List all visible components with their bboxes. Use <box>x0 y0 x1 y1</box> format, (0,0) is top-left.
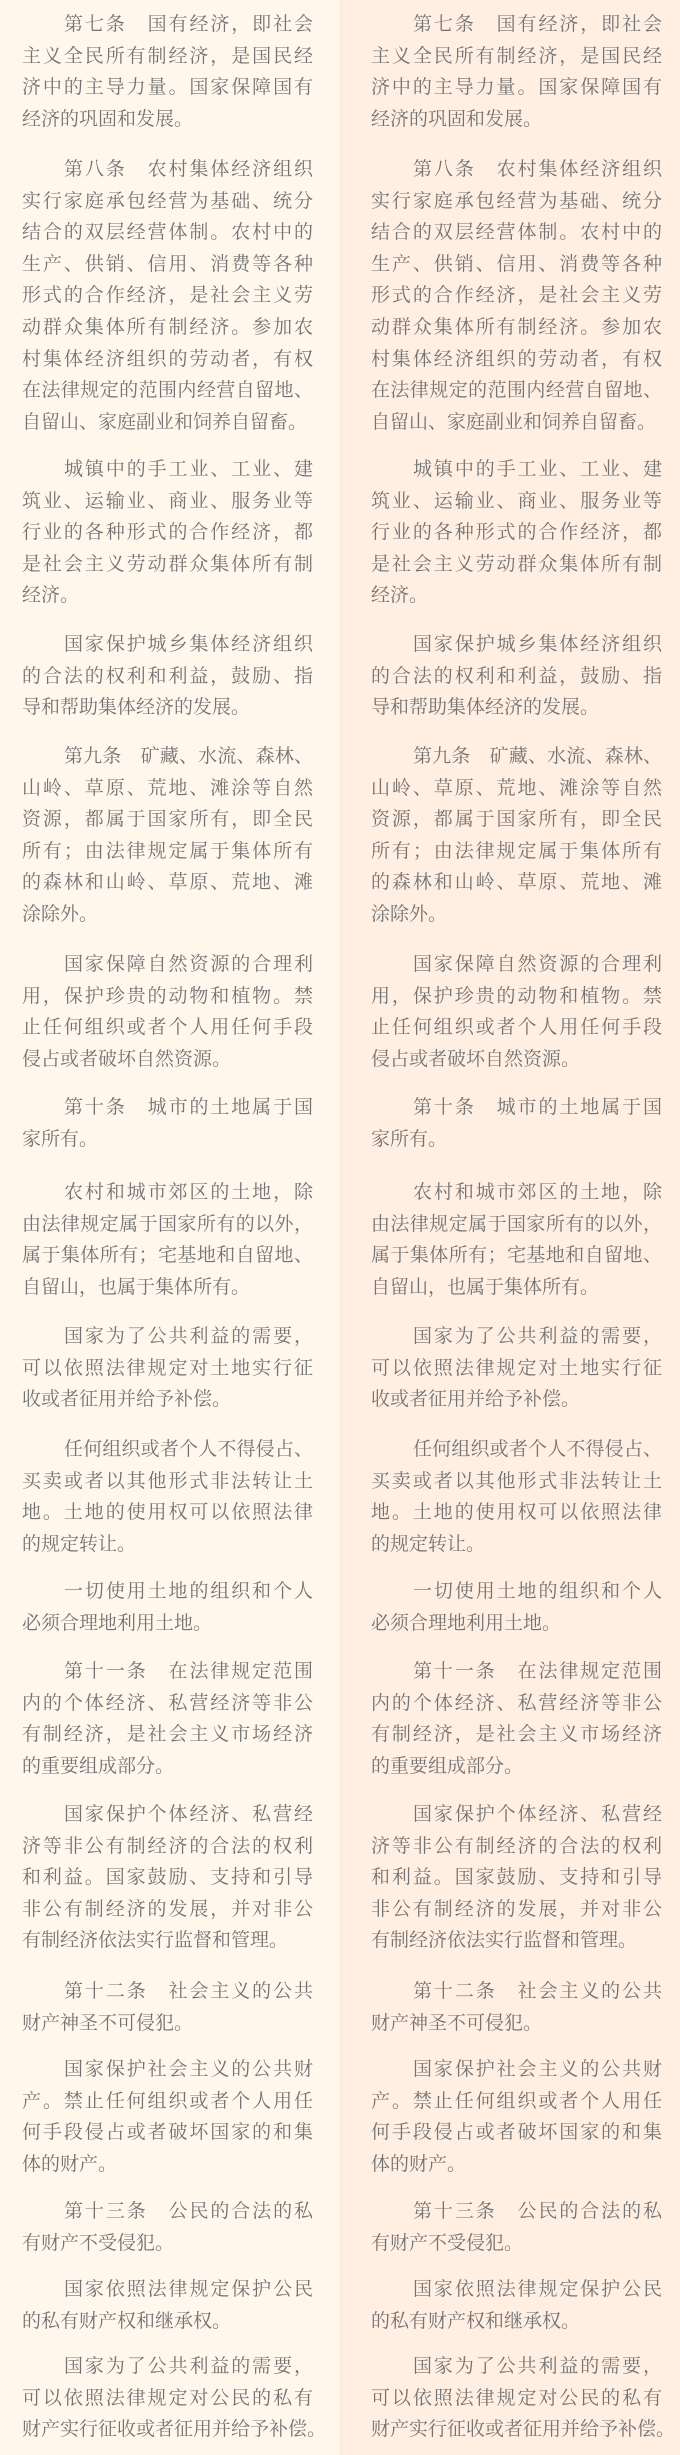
text-line: 第七条 国有经济，即社会 <box>22 9 313 41</box>
article-paragraph: 国家依照法律规定保护公民的私有财产权和继承权。 <box>22 2274 313 2337</box>
text-line: 非公有制经济的发展，并对非公 <box>371 1894 662 1926</box>
text-line: 第十二条 社会主义的公共 <box>371 1976 662 2008</box>
text-line: 济等非公有制经济的合法的权利 <box>22 1831 313 1863</box>
text-line: 村集体经济组织的劳动者，有权 <box>22 344 313 376</box>
text-line: 资源，都属于国家所有，即全民 <box>22 804 313 836</box>
article-paragraph: 国家保护个体经济、私营经济等非公有制经济的合法的权利和利益。国家鼓励、支持和引导… <box>371 1799 662 1957</box>
text-line: 动群众集体所有制经济。参加农 <box>371 312 662 344</box>
text-line: 经济的巩固和发展。 <box>371 104 662 136</box>
text-line: 内的个体经济、私营经济等非公 <box>22 1688 313 1720</box>
text-line: 涂除外。 <box>371 899 662 931</box>
article-paragraph: 第十一条 在法律规定范围内的个体经济、私营经济等非公有制经济，是社会主义市场经济… <box>22 1656 313 1782</box>
text-line: 行业的各种形式的合作经济，都 <box>371 517 662 549</box>
text-line: 涂除外。 <box>22 899 313 931</box>
text-line: 第十三条 公民的合法的私 <box>22 2196 313 2228</box>
text-line: 地。土地的使用权可以依照法律 <box>22 1497 313 1529</box>
article-paragraph: 第十二条 社会主义的公共财产神圣不可侵犯。 <box>22 1976 313 2039</box>
text-line: 有财产不受侵犯。 <box>22 2228 313 2260</box>
text-line: 第九条 矿藏、水流、森林、 <box>371 741 662 773</box>
text-line: 是社会主义劳动群众集体所有制 <box>22 549 313 581</box>
text-line: 可以依照法律规定对土地实行征 <box>371 1353 662 1385</box>
text-line: 济中的主导力量。国家保障国有 <box>371 72 662 104</box>
text-line: 由法律规定属于国家所有的以外， <box>22 1209 313 1241</box>
text-line: 第十一条 在法律规定范围 <box>371 1656 662 1688</box>
text-line: 国家为了公共利益的需要， <box>22 1321 313 1353</box>
text-line: 一切使用土地的组织和个人 <box>22 1576 313 1608</box>
text-line: 必须合理地利用土地。 <box>22 1608 313 1640</box>
article-paragraph: 国家保护社会主义的公共财产。禁止任何组织或者个人用任何手段侵占或者破坏国家的和集… <box>371 2054 662 2180</box>
text-line: 生产、供销、信用、消费等各种 <box>22 249 313 281</box>
text-line: 国家保护城乡集体经济组织 <box>22 629 313 661</box>
text-line: 可以依照法律规定对土地实行征 <box>22 1353 313 1385</box>
text-line: 的森林和山岭、草原、荒地、滩 <box>22 867 313 899</box>
text-line: 形式的合作经济，是社会主义劳 <box>22 280 313 312</box>
text-line: 地。土地的使用权可以依照法律 <box>371 1497 662 1529</box>
right-text-column: 第七条 国有经济，即社会主义全民所有制经济，是国民经济中的主导力量。国家保障国有… <box>340 0 680 2455</box>
text-line: 由法律规定属于国家所有的以外， <box>371 1209 662 1241</box>
article-paragraph: 国家保护城乡集体经济组织的合法的权利和利益，鼓励、指导和帮助集体经济的发展。 <box>371 629 662 724</box>
text-line: 实行家庭承包经营为基础、统分 <box>22 186 313 218</box>
text-line: 形式的合作经济，是社会主义劳 <box>371 280 662 312</box>
text-line: 的重要组成部分。 <box>371 1751 662 1783</box>
article-paragraph: 国家为了公共利益的需要，可以依照法律规定对公民的私有财产实行征收或者征用并给予补… <box>371 2351 662 2446</box>
text-line: 经济。 <box>22 580 313 612</box>
text-line: 国家保护城乡集体经济组织 <box>371 629 662 661</box>
text-line: 济中的主导力量。国家保障国有 <box>22 72 313 104</box>
article-paragraph: 第十二条 社会主义的公共财产神圣不可侵犯。 <box>371 1976 662 2039</box>
article-paragraph: 第九条 矿藏、水流、森林、山岭、草原、荒地、滩涂等自然资源，都属于国家所有，即全… <box>22 741 313 931</box>
text-line: 止任何组织或者个人用任何手段 <box>371 1012 662 1044</box>
article-paragraph: 第七条 国有经济，即社会主义全民所有制经济，是国民经济中的主导力量。国家保障国有… <box>22 9 313 135</box>
text-line: 体的财产。 <box>22 2149 313 2181</box>
text-line: 止任何组织或者个人用任何手段 <box>22 1012 313 1044</box>
text-line: 主义全民所有制经济，是国民经 <box>371 41 662 73</box>
text-line: 的森林和山岭、草原、荒地、滩 <box>371 867 662 899</box>
text-line: 第十条 城市的土地属于国 <box>22 1092 313 1124</box>
text-line: 国家为了公共利益的需要， <box>371 2351 662 2383</box>
text-line: 产。禁止任何组织或者个人用任 <box>22 2086 313 2118</box>
text-line: 国家依照法律规定保护公民 <box>371 2274 662 2306</box>
text-line: 第八条 农村集体经济组织 <box>371 154 662 186</box>
text-line: 的私有财产权和继承权。 <box>371 2306 662 2338</box>
article-paragraph: 第十三条 公民的合法的私有财产不受侵犯。 <box>22 2196 313 2259</box>
text-line: 任何组织或者个人不得侵占、 <box>22 1434 313 1466</box>
text-line: 侵占或者破坏自然资源。 <box>371 1044 662 1076</box>
text-line: 和利益。国家鼓励、支持和引导 <box>371 1862 662 1894</box>
left-text-column: 第七条 国有经济，即社会主义全民所有制经济，是国民经济中的主导力量。国家保障国有… <box>0 0 340 2455</box>
text-line: 国家保护个体经济、私营经 <box>22 1799 313 1831</box>
text-line: 的合法的权利和利益，鼓励、指 <box>22 661 313 693</box>
article-paragraph: 国家保护社会主义的公共财产。禁止任何组织或者个人用任何手段侵占或者破坏国家的和集… <box>22 2054 313 2180</box>
article-paragraph: 第八条 农村集体经济组织实行家庭承包经营为基础、统分结合的双层经营体制。农村中的… <box>22 154 313 438</box>
text-line: 村集体经济组织的劳动者，有权 <box>371 344 662 376</box>
article-paragraph: 一切使用土地的组织和个人必须合理地利用土地。 <box>22 1576 313 1639</box>
text-line: 自留山、家庭副业和饲养自留畜。 <box>371 407 662 439</box>
article-paragraph: 国家保障自然资源的合理利用，保护珍贵的动物和植物。禁止任何组织或者个人用任何手段… <box>371 949 662 1075</box>
text-line: 有制经济，是社会主义市场经济 <box>371 1719 662 1751</box>
text-line: 城镇中的手工业、工业、建 <box>371 454 662 486</box>
article-paragraph: 任何组织或者个人不得侵占、买卖或者以其他形式非法转让土地。土地的使用权可以依照法… <box>22 1434 313 1560</box>
text-line: 筑业、运输业、商业、服务业等 <box>371 486 662 518</box>
text-line: 属于集体所有；宅基地和自留地、 <box>22 1240 313 1272</box>
text-line: 家所有。 <box>22 1124 313 1156</box>
text-line: 财产神圣不可侵犯。 <box>371 2008 662 2040</box>
text-line: 在法律规定的范围内经营自留地、 <box>22 375 313 407</box>
text-line: 买卖或者以其他形式非法转让土 <box>371 1466 662 1498</box>
text-line: 经济。 <box>371 580 662 612</box>
article-paragraph: 农村和城市郊区的土地，除由法律规定属于国家所有的以外，属于集体所有；宅基地和自留… <box>22 1177 313 1303</box>
article-paragraph: 国家为了公共利益的需要，可以依照法律规定对土地实行征收或者征用并给予补偿。 <box>371 1321 662 1416</box>
text-line: 国家为了公共利益的需要， <box>22 2351 313 2383</box>
text-line: 有制经济依法实行监督和管理。 <box>22 1925 313 1957</box>
text-line: 国家保护社会主义的公共财 <box>371 2054 662 2086</box>
text-line: 所有；由法律规定属于集体所有 <box>22 836 313 868</box>
text-line: 农村和城市郊区的土地，除 <box>22 1177 313 1209</box>
text-line: 第九条 矿藏、水流、森林、 <box>22 741 313 773</box>
text-line: 家所有。 <box>371 1124 662 1156</box>
text-line: 农村和城市郊区的土地，除 <box>371 1177 662 1209</box>
text-line: 导和帮助集体经济的发展。 <box>371 692 662 724</box>
text-line: 收或者征用并给予补偿。 <box>371 1384 662 1416</box>
text-line: 的规定转让。 <box>22 1529 313 1561</box>
text-line: 可以依照法律规定对公民的私有 <box>22 2383 313 2415</box>
text-line: 经济的巩固和发展。 <box>22 104 313 136</box>
text-line: 主义全民所有制经济，是国民经 <box>22 41 313 73</box>
text-line: 第十条 城市的土地属于国 <box>371 1092 662 1124</box>
text-line: 国家保护社会主义的公共财 <box>22 2054 313 2086</box>
text-line: 城镇中的手工业、工业、建 <box>22 454 313 486</box>
article-paragraph: 任何组织或者个人不得侵占、买卖或者以其他形式非法转让土地。土地的使用权可以依照法… <box>371 1434 662 1560</box>
text-line: 和利益。国家鼓励、支持和引导 <box>22 1862 313 1894</box>
text-line: 第十一条 在法律规定范围 <box>22 1656 313 1688</box>
text-line: 结合的双层经营体制。农村中的 <box>371 217 662 249</box>
text-line: 买卖或者以其他形式非法转让土 <box>22 1466 313 1498</box>
text-line: 国家保障自然资源的合理利 <box>22 949 313 981</box>
text-line: 第十三条 公民的合法的私 <box>371 2196 662 2228</box>
text-line: 财产实行征收或者征用并给予补偿。 <box>371 2414 662 2446</box>
text-line: 行业的各种形式的合作经济，都 <box>22 517 313 549</box>
article-paragraph: 国家保护城乡集体经济组织的合法的权利和利益，鼓励、指导和帮助集体经济的发展。 <box>22 629 313 724</box>
text-line: 内的个体经济、私营经济等非公 <box>371 1688 662 1720</box>
text-line: 的重要组成部分。 <box>22 1751 313 1783</box>
text-line: 有财产不受侵犯。 <box>371 2228 662 2260</box>
text-line: 济等非公有制经济的合法的权利 <box>371 1831 662 1863</box>
article-paragraph: 第十条 城市的土地属于国家所有。 <box>22 1092 313 1155</box>
article-paragraph: 一切使用土地的组织和个人必须合理地利用土地。 <box>371 1576 662 1639</box>
article-paragraph: 国家为了公共利益的需要，可以依照法律规定对公民的私有财产实行征收或者征用并给予补… <box>22 2351 313 2446</box>
text-line: 一切使用土地的组织和个人 <box>371 1576 662 1608</box>
text-line: 用，保护珍贵的动物和植物。禁 <box>22 981 313 1013</box>
text-line: 筑业、运输业、商业、服务业等 <box>22 486 313 518</box>
article-paragraph: 第九条 矿藏、水流、森林、山岭、草原、荒地、滩涂等自然资源，都属于国家所有，即全… <box>371 741 662 931</box>
text-line: 任何组织或者个人不得侵占、 <box>371 1434 662 1466</box>
text-line: 自留山、家庭副业和饲养自留畜。 <box>22 407 313 439</box>
text-line: 第七条 国有经济，即社会 <box>371 9 662 41</box>
text-line: 自留山，也属于集体所有。 <box>371 1272 662 1304</box>
article-paragraph: 国家依照法律规定保护公民的私有财产权和继承权。 <box>371 2274 662 2337</box>
text-line: 国家保护个体经济、私营经 <box>371 1799 662 1831</box>
article-paragraph: 城镇中的手工业、工业、建筑业、运输业、商业、服务业等行业的各种形式的合作经济，都… <box>371 454 662 612</box>
text-line: 国家依照法律规定保护公民 <box>22 2274 313 2306</box>
text-line: 导和帮助集体经济的发展。 <box>22 692 313 724</box>
text-line: 产。禁止任何组织或者个人用任 <box>371 2086 662 2118</box>
text-line: 非公有制经济的发展，并对非公 <box>22 1894 313 1926</box>
text-line: 资源，都属于国家所有，即全民 <box>371 804 662 836</box>
article-paragraph: 农村和城市郊区的土地，除由法律规定属于国家所有的以外，属于集体所有；宅基地和自留… <box>371 1177 662 1303</box>
article-paragraph: 第十一条 在法律规定范围内的个体经济、私营经济等非公有制经济，是社会主义市场经济… <box>371 1656 662 1782</box>
text-line: 自留山，也属于集体所有。 <box>22 1272 313 1304</box>
text-line: 生产、供销、信用、消费等各种 <box>371 249 662 281</box>
text-line: 所有；由法律规定属于集体所有 <box>371 836 662 868</box>
article-paragraph: 第七条 国有经济，即社会主义全民所有制经济，是国民经济中的主导力量。国家保障国有… <box>371 9 662 135</box>
text-line: 有制经济依法实行监督和管理。 <box>371 1925 662 1957</box>
text-line: 属于集体所有；宅基地和自留地、 <box>371 1240 662 1272</box>
text-line: 山岭、草原、荒地、滩涂等自然 <box>22 773 313 805</box>
text-line: 用，保护珍贵的动物和植物。禁 <box>371 981 662 1013</box>
text-line: 可以依照法律规定对公民的私有 <box>371 2383 662 2415</box>
text-line: 山岭、草原、荒地、滩涂等自然 <box>371 773 662 805</box>
article-paragraph: 国家保障自然资源的合理利用，保护珍贵的动物和植物。禁止任何组织或者个人用任何手段… <box>22 949 313 1075</box>
article-paragraph: 城镇中的手工业、工业、建筑业、运输业、商业、服务业等行业的各种形式的合作经济，都… <box>22 454 313 612</box>
text-line: 有制经济，是社会主义市场经济 <box>22 1719 313 1751</box>
article-paragraph: 第十三条 公民的合法的私有财产不受侵犯。 <box>371 2196 662 2259</box>
text-line: 财产实行征收或者征用并给予补偿。 <box>22 2414 313 2446</box>
text-line: 第八条 农村集体经济组织 <box>22 154 313 186</box>
text-line: 国家为了公共利益的需要， <box>371 1321 662 1353</box>
text-line: 体的财产。 <box>371 2149 662 2181</box>
text-line: 必须合理地利用土地。 <box>371 1608 662 1640</box>
text-line: 实行家庭承包经营为基础、统分 <box>371 186 662 218</box>
text-line: 在法律规定的范围内经营自留地、 <box>371 375 662 407</box>
text-line: 国家保障自然资源的合理利 <box>371 949 662 981</box>
text-line: 是社会主义劳动群众集体所有制 <box>371 549 662 581</box>
text-line: 的规定转让。 <box>371 1529 662 1561</box>
text-line: 收或者征用并给予补偿。 <box>22 1384 313 1416</box>
text-line: 第十二条 社会主义的公共 <box>22 1976 313 2008</box>
text-line: 何手段侵占或者破坏国家的和集 <box>22 2117 313 2149</box>
article-paragraph: 第十条 城市的土地属于国家所有。 <box>371 1092 662 1155</box>
text-line: 何手段侵占或者破坏国家的和集 <box>371 2117 662 2149</box>
text-line: 侵占或者破坏自然资源。 <box>22 1044 313 1076</box>
article-paragraph: 国家为了公共利益的需要，可以依照法律规定对土地实行征收或者征用并给予补偿。 <box>22 1321 313 1416</box>
text-line: 的合法的权利和利益，鼓励、指 <box>371 661 662 693</box>
article-paragraph: 第八条 农村集体经济组织实行家庭承包经营为基础、统分结合的双层经营体制。农村中的… <box>371 154 662 438</box>
text-line: 的私有财产权和继承权。 <box>22 2306 313 2338</box>
text-line: 财产神圣不可侵犯。 <box>22 2008 313 2040</box>
text-line: 动群众集体所有制经济。参加农 <box>22 312 313 344</box>
text-line: 结合的双层经营体制。农村中的 <box>22 217 313 249</box>
article-paragraph: 国家保护个体经济、私营经济等非公有制经济的合法的权利和利益。国家鼓励、支持和引导… <box>22 1799 313 1957</box>
